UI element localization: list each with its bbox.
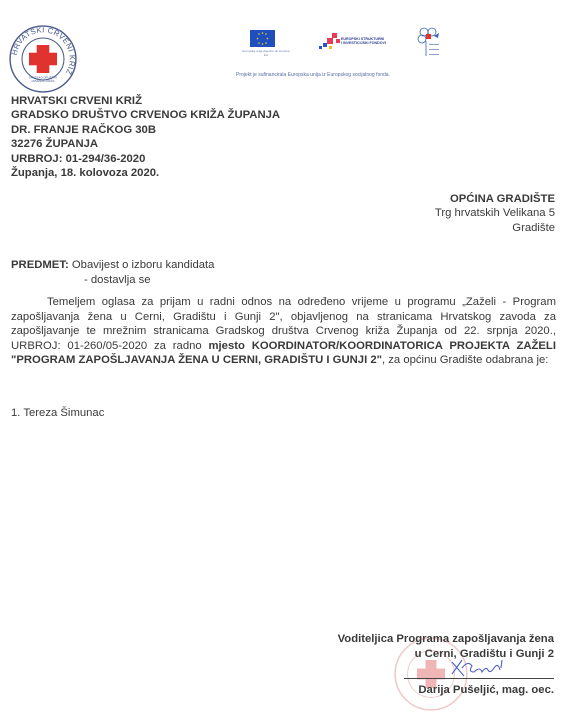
signature-title-line2: u Cerni, Gradištu i Gunji 2 (338, 647, 554, 662)
signature-title-line1: Voditeljica Programa zapošljavanja žena (338, 632, 554, 647)
esif-line2: I INVESTICIJSKI FONDOVI (341, 41, 386, 45)
recipient-block: OPĆINA GRADIŠTE Trg hrvatskih Velikana 5… (435, 192, 555, 235)
place-date: Županja, 18. kolovoza 2020. (11, 166, 280, 180)
eu-flag-icon (250, 30, 275, 47)
red-cross-logo: HRVATSKI CRVENI KRIŽ GRADSKO DRUŠTVO CRV… (8, 24, 78, 94)
subject-block: PREDMET: Obavijest o izboru kandidata - … (11, 258, 214, 287)
recipient-city: Gradište (435, 221, 555, 235)
selected-candidate: 1. Tereza Šimunac (11, 407, 104, 419)
letter-body: Temeljem oglasa za prijam u radni odnos … (11, 295, 556, 368)
svg-text:CRVENOG KRIŽA: CRVENOG KRIŽA (31, 78, 54, 83)
signature-title: Voditeljica Programa zapošljavanja žena … (338, 632, 554, 661)
handwritten-signature-icon (448, 656, 508, 680)
flower-logo-icon (412, 24, 448, 60)
signatory-name: Darija Pušeljić, mag. oec. (418, 684, 554, 696)
sender-org: HRVATSKI CRVENI KRIŽ (11, 94, 280, 108)
subject-text: Obavijest o izboru kandidata (72, 259, 215, 271)
eu-caption: Europska unija Zajedno do fondova EU (242, 50, 290, 57)
eu-funding-header: Europska unija Zajedno do fondova EU EUR… (236, 22, 456, 62)
reference-number: URBROJ: 01-294/36-2020 (11, 152, 280, 166)
sender-street: DR. FRANJE RAČKOG 30B (11, 123, 280, 137)
signature-line (404, 678, 554, 679)
recipient-name: OPĆINA GRADIŠTE (435, 192, 555, 206)
cofunding-note: Projekt je sufinancirala Europska unija … (236, 72, 390, 78)
sender-city: 32276 ŽUPANJA (11, 137, 280, 151)
esif-text: EUROPSKI STRUKTURNI I INVESTICIJSKI FOND… (341, 37, 386, 45)
recipient-street: Trg hrvatskih Velikana 5 (435, 206, 555, 220)
body-text-2: , za općinu Gradište odabrana je: (382, 354, 548, 366)
sender-branch: GRADSKO DRUŠTVO CRVENOG KRIŽA ŽUPANJA (11, 108, 280, 122)
sender-block: HRVATSKI CRVENI KRIŽ GRADSKO DRUŠTVO CRV… (11, 94, 280, 180)
subject-subtext: - dostavlja se (11, 273, 214, 288)
subject-label: PREDMET: (11, 259, 69, 271)
